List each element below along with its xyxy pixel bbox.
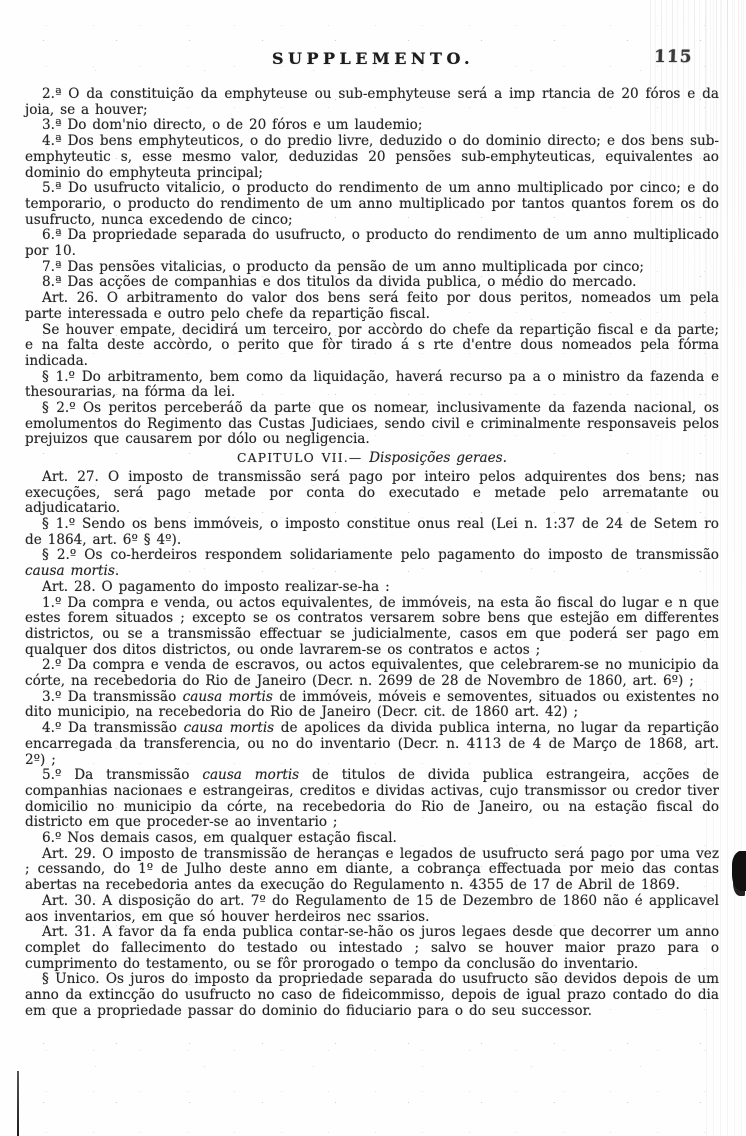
paragraph: § 2.º Os co-herdeiros respondem solidari…: [25, 548, 719, 579]
text-segment: 4.º Da transmissão: [42, 720, 184, 736]
paragraph: § 1.º Sendo os bens immóveis, o imposto …: [25, 517, 719, 548]
text-segment: 3.º Da transmissão: [42, 689, 183, 705]
paragraph: Art. 26. O arbitramento do valor dos ben…: [25, 291, 719, 322]
text-segment: 5.ª Do usufructo vitalicio, o producto d…: [25, 180, 719, 227]
text-segment: .: [115, 563, 119, 579]
text-segment: causa mortis: [202, 767, 299, 783]
chapter-heading: CAPITULO VII.— Disposições geraes.: [25, 451, 719, 467]
text-segment: 1.º Da compra e venda, ou actos equivale…: [25, 595, 719, 658]
paragraph: § 2.º Os peritos perceberáõ da parte que…: [25, 401, 719, 448]
paragraph: § Unico. Os juros do imposto da propried…: [25, 972, 719, 1019]
paragraph: Art. 27. O imposto de transmissão será p…: [25, 470, 719, 517]
paragraph: 6.ª Da propriedade separada do usufructo…: [25, 228, 719, 259]
text-segment: 6.ª Da propriedade separada do usufructo…: [25, 227, 719, 259]
paragraph: Art. 29. O imposto de transmissão de her…: [25, 847, 719, 894]
page-body: 2.ª O da constituição da emphyteuse ou s…: [0, 78, 746, 1019]
paragraph: 8.ª Das acções de companhias e dos titul…: [25, 275, 719, 291]
paragraph: 5.ª Do usufructo vitalicio, o producto d…: [25, 181, 719, 228]
page-number: 115: [653, 47, 692, 67]
text-segment: CAPITULO VII.—: [237, 451, 369, 465]
text-segment: 2.º Da compra e venda de escravos, ou ac…: [25, 657, 719, 689]
text-segment: causa mortis: [25, 563, 115, 579]
paragraph: 7.ª Das pensões vitalicias, o producto d…: [25, 260, 719, 276]
paragraph: 2.ª O da constituição da emphyteuse ou s…: [25, 87, 719, 118]
text-segment: § Unico. Os juros do imposto da propried…: [25, 971, 719, 1018]
text-segment: causa mortis: [184, 720, 275, 736]
page-header: SUPPLEMENTO. 115: [0, 0, 746, 78]
paragraph: 5.º Da transmissão causa mortis de titul…: [25, 768, 719, 831]
paragraph: Art. 28. O pagamento do imposto realizar…: [25, 580, 719, 596]
document-page: SUPPLEMENTO. 115 2.ª O da constituição d…: [0, 0, 746, 1136]
paragraph: 1.º Da compra e venda, ou actos equivale…: [25, 596, 719, 659]
paragraph: 2.º Da compra e venda de escravos, ou ac…: [25, 658, 719, 689]
paragraph: § 1.º Do arbitramento, bem como da liqui…: [25, 370, 719, 401]
text-segment: Art. 29. O imposto de transmissão de her…: [25, 846, 719, 893]
text-segment: Se houver empate, decidirá um terceiro, …: [25, 322, 719, 369]
text-segment: § 2.º Os co-herdeiros respondem solidari…: [42, 547, 719, 563]
text-segment: Art. 27. O imposto de transmissão será p…: [25, 469, 719, 516]
scan-noise-top-right: [650, 0, 746, 630]
text-segment: 5.º Da transmissão: [42, 767, 202, 783]
text-segment: § 1.º Do arbitramento, bem como da liqui…: [25, 369, 719, 401]
text-segment: 6.º Nos demais casos, em qualquer estaçã…: [42, 830, 397, 846]
paragraph: Art. 31. A favor da fa enda publica cont…: [25, 925, 719, 972]
text-segment: Art. 30. A disposição do art. 7º do Regu…: [25, 893, 719, 925]
paragraph: 4.º Da transmissão causa mortis de apoli…: [25, 721, 719, 768]
text-segment: causa mortis: [183, 689, 273, 705]
paragraph: 6.º Nos demais casos, em qualquer estaçã…: [25, 831, 719, 847]
text-segment: 3.ª Do dom'nio directo, o de 20 fóros e …: [42, 117, 422, 133]
ink-blot: [732, 851, 746, 891]
text-segment: 7.ª Das pensões vitalicias, o producto d…: [42, 259, 644, 275]
text-segment: Art. 28. O pagamento do imposto realizar…: [42, 579, 390, 595]
text-segment: Disposições geraes.: [369, 450, 507, 466]
text-segment: 2.ª O da constituição da emphyteuse ou s…: [25, 86, 719, 118]
paragraph: 3.º Da transmissão causa mortis de immóv…: [25, 690, 719, 721]
page-title: SUPPLEMENTO.: [0, 49, 746, 68]
paragraph: Art. 30. A disposição do art. 7º do Regu…: [25, 894, 719, 925]
text-segment: § 1.º Sendo os bens immóveis, o imposto …: [25, 516, 719, 548]
text-segment: Art. 31. A favor da fa enda publica cont…: [25, 924, 719, 971]
text-segment: 4.ª Dos bens emphyteuticos, o do predio …: [25, 133, 719, 180]
paragraph: 4.ª Dos bens emphyteuticos, o do predio …: [25, 134, 719, 181]
text-segment: § 2.º Os peritos perceberáõ da parte que…: [25, 400, 719, 447]
paragraph: 3.ª Do dom'nio directo, o de 20 fóros e …: [25, 118, 719, 134]
text-segment: 8.ª Das acções de companhias e dos titul…: [42, 274, 636, 290]
paragraph: Se houver empate, decidirá um terceiro, …: [25, 323, 719, 370]
text-segment: Art. 26. O arbitramento do valor dos ben…: [25, 290, 719, 322]
scan-edge-line: [17, 1071, 19, 1136]
